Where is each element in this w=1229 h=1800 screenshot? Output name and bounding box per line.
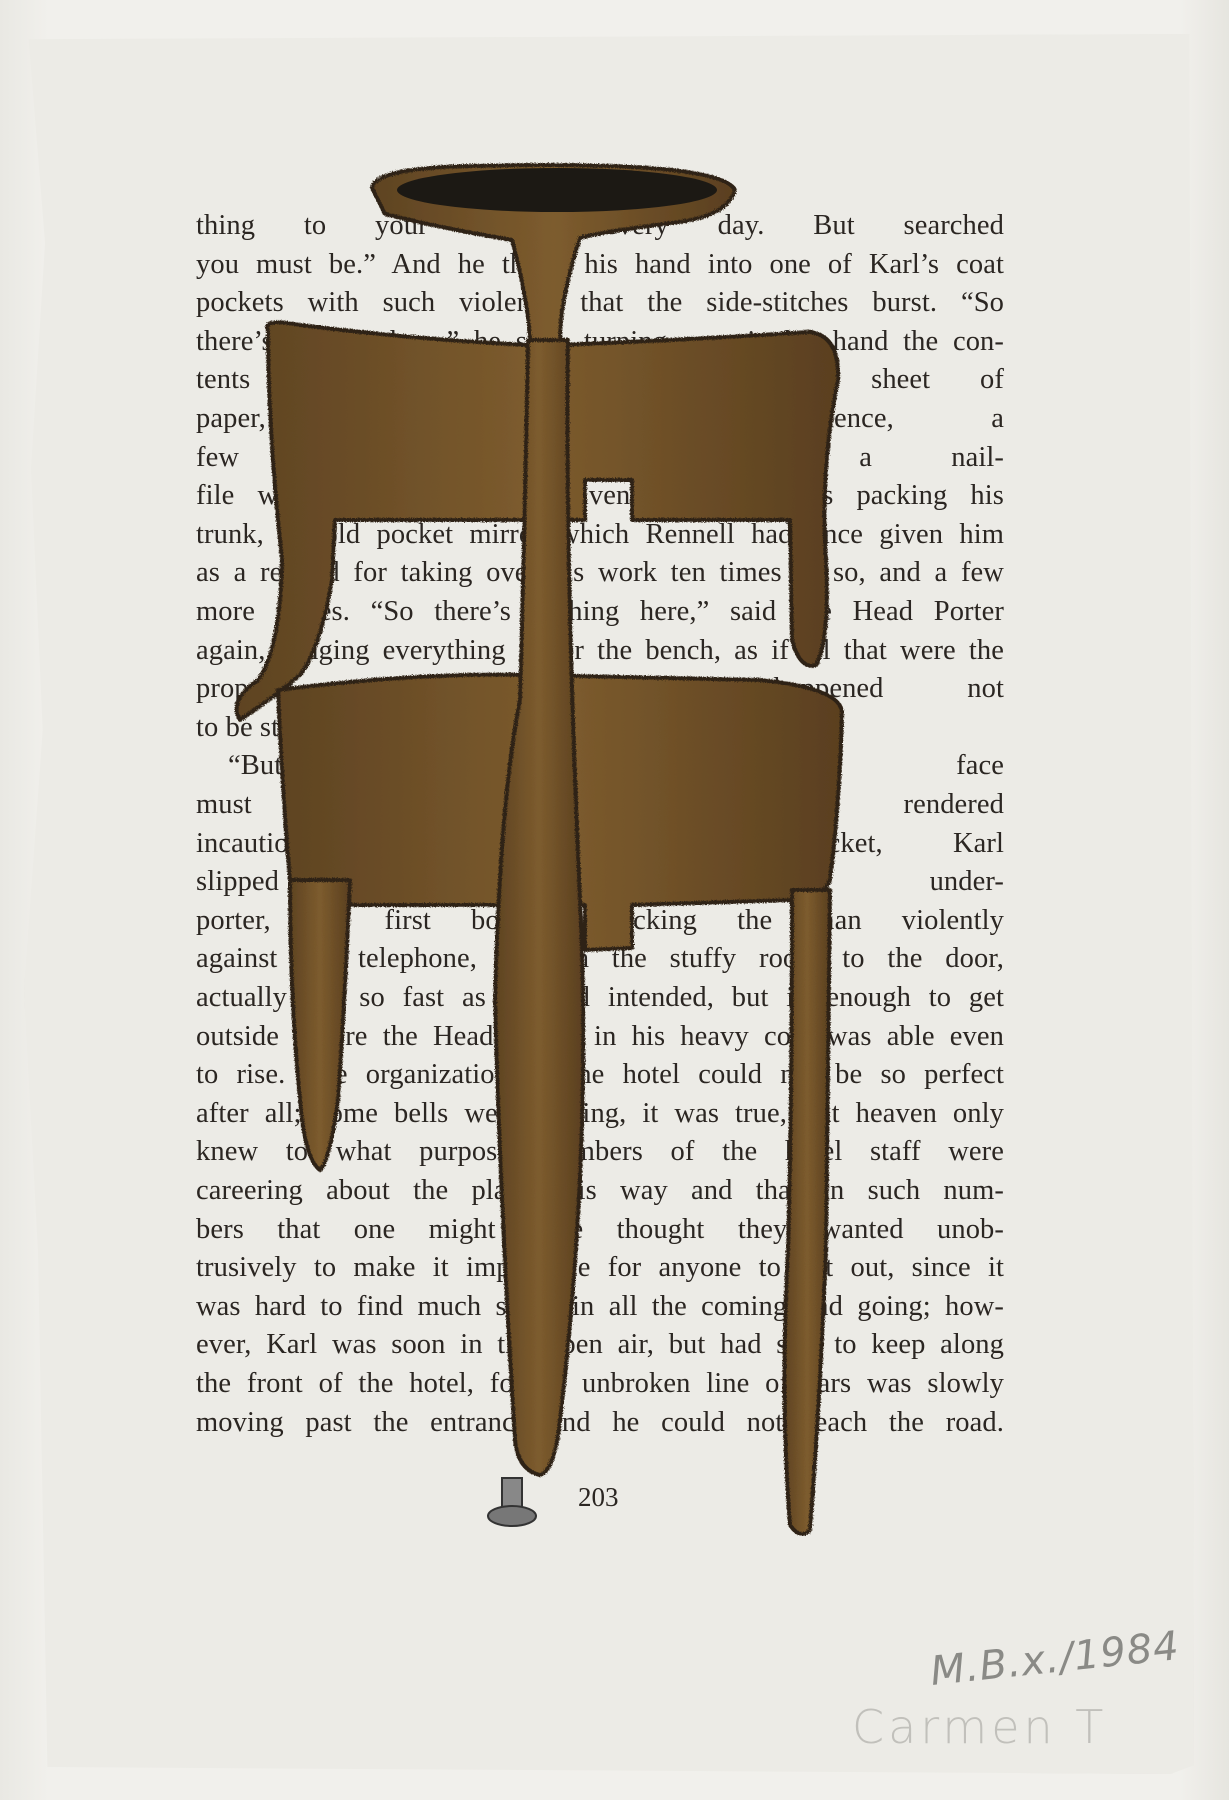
painted-chair-figure [0, 0, 1229, 1800]
bowl-opening [397, 168, 717, 212]
pencil-annotation: Carmen T [852, 1700, 1107, 1754]
metal-foot [488, 1478, 536, 1526]
